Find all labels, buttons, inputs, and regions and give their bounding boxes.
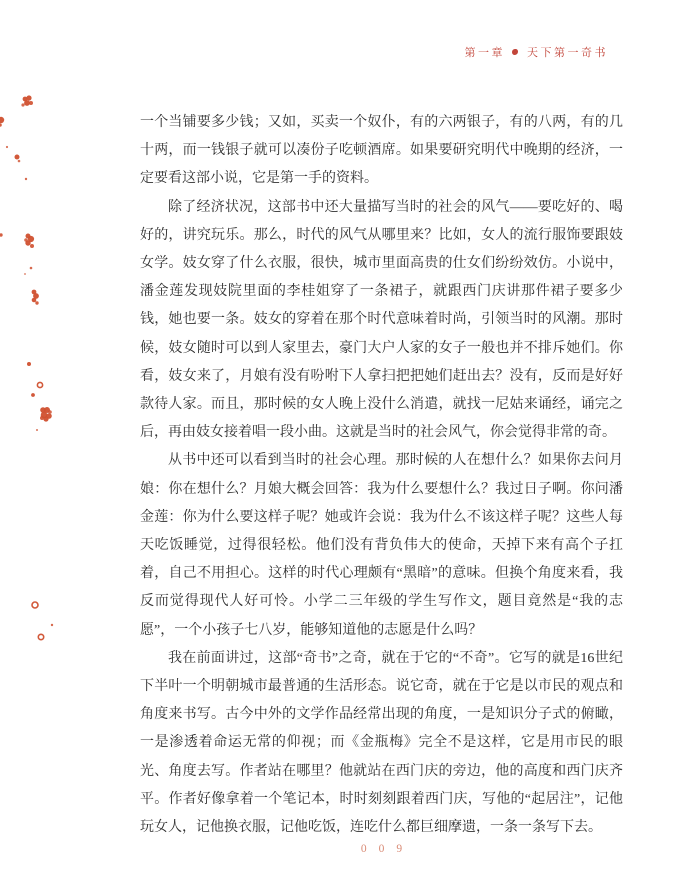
running-head: 第一章 天下第一奇书	[465, 44, 609, 60]
paragraph: 我在前面讲过，这部“奇书”之奇，就在于它的“不奇”。它写的就是16世纪下半叶一个…	[140, 645, 623, 842]
body-text: 一个当铺要多少钱；又如，买卖一个奴仆，有的六两银子，有的八两，有的几十两，而一钱…	[140, 109, 623, 842]
paragraph: 除了经济状况，这部书中还大量描写当时的社会的风气——要吃好的、喝好的，讲究玩乐。…	[140, 194, 623, 448]
book-page: { "header": { "chapter": "第一章", "ornamen…	[0, 0, 686, 876]
ink-stains	[0, 0, 70, 680]
ornament-icon	[512, 49, 518, 55]
chapter-title: 天下第一奇书	[527, 44, 608, 60]
paragraph: 一个当铺要多少钱；又如，买卖一个奴仆，有的六两银子，有的八两，有的几十两，而一钱…	[140, 109, 623, 194]
page-number: 009	[140, 843, 623, 855]
chapter-label: 第一章	[465, 44, 506, 60]
paragraph: 从书中还可以看到当时的社会心理。那时候的人在想什么？如果你去问月娘：你在想什么？…	[140, 447, 623, 644]
